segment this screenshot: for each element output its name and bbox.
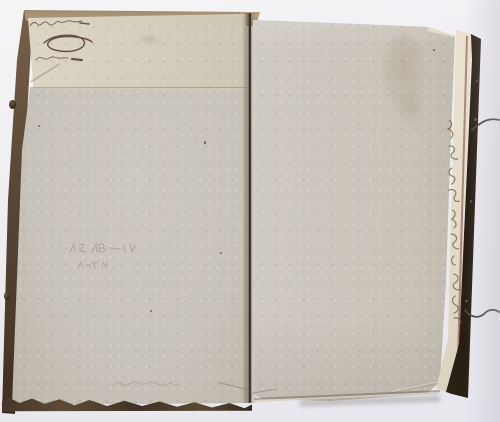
paper-speck bbox=[204, 141, 206, 144]
mold-speck bbox=[476, 80, 478, 82]
ink-ownership-inscription bbox=[24, 16, 128, 68]
tie-knot-bottom bbox=[4, 292, 10, 300]
paper-speck bbox=[38, 125, 40, 127]
pencil-shelfmark bbox=[64, 236, 152, 280]
photo-of-open-book bbox=[0, 0, 500, 422]
tie-knot-top bbox=[9, 100, 16, 109]
paper-speck bbox=[433, 49, 435, 51]
paper-speck bbox=[220, 252, 222, 254]
mold-speck bbox=[470, 200, 472, 203]
paper-speck bbox=[150, 310, 152, 312]
page-stain-small bbox=[398, 88, 424, 128]
gutter-fold-line bbox=[249, 14, 251, 402]
flap-smudge bbox=[142, 36, 156, 42]
pencil-signature bbox=[108, 376, 186, 394]
pastedown-top-edge bbox=[30, 87, 247, 88]
cord-tie-upper bbox=[470, 108, 500, 142]
